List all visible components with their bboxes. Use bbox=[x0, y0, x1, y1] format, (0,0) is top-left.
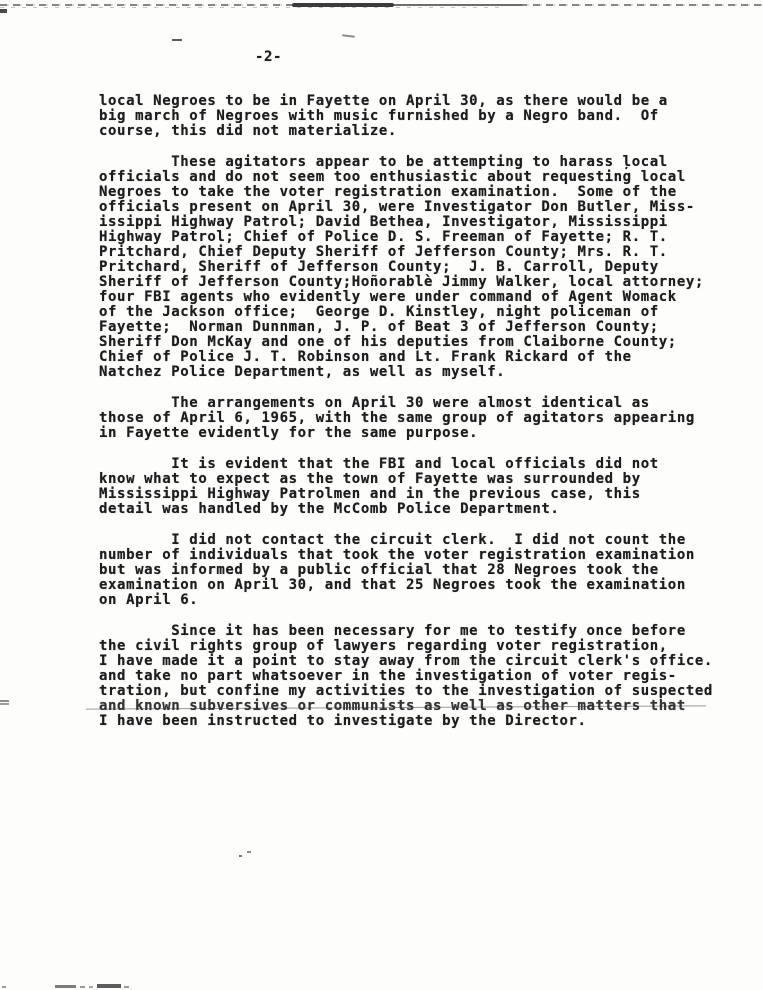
text-line: Since it has been necessary for me to te… bbox=[99, 624, 747, 639]
text-line: officials present on April 30, were Inve… bbox=[99, 200, 747, 215]
text-line: tration, but confine my activities to th… bbox=[99, 684, 747, 699]
text-line: four FBI agents who evidently were under… bbox=[99, 290, 747, 305]
paragraph: The arrangements on April 30 were almost… bbox=[99, 396, 747, 441]
scan-artifact-bottom-dash bbox=[89, 986, 93, 988]
text-line: I have been instructed to investigate by… bbox=[99, 714, 747, 729]
scanned-document-page: -2- local Negroes to be in Fayette on Ap… bbox=[0, 0, 763, 990]
scan-artifact-bottom-dash bbox=[55, 985, 76, 988]
scan-artifact-bottom-dash bbox=[97, 984, 121, 988]
scan-artifact-dash bbox=[172, 39, 182, 41]
scan-artifact-bottom-dash bbox=[80, 986, 85, 988]
text-line: big march of Negroes with music furnishe… bbox=[99, 109, 747, 124]
page-number: -2- bbox=[255, 50, 282, 65]
text-line: officials and do not seem too enthusiast… bbox=[99, 170, 747, 185]
scan-artifact-speck bbox=[239, 855, 242, 857]
text-line: in Fayette evidently for the same purpos… bbox=[99, 426, 747, 441]
text-line: of the Jackson office; George D. Kinstle… bbox=[99, 305, 747, 320]
scan-artifact-squiggle bbox=[342, 34, 355, 37]
text-line: detail was handled by the McComb Police … bbox=[99, 502, 747, 517]
text-line: Sheriff of Jefferson County;Hoñorablè Ji… bbox=[99, 275, 747, 290]
text-line: Highway Patrol; Chief of Police D. S. Fr… bbox=[99, 230, 747, 245]
text-line: and take no part whatsoever in the inves… bbox=[99, 669, 747, 684]
text-line: These agitators appear to be attempting … bbox=[99, 155, 747, 170]
scan-artifact-gray-segment bbox=[394, 4, 522, 6]
text-line: the civil rights group of lawyers regard… bbox=[99, 639, 747, 654]
text-line: local Negroes to be in Fayette on April … bbox=[99, 94, 747, 109]
text-line: know what to expect as the town of Fayet… bbox=[99, 472, 747, 487]
text-line: but was informed by a public official th… bbox=[99, 563, 747, 578]
scan-artifact-top-edge-dots bbox=[0, 7, 500, 8]
paragraph: local Negroes to be in Fayette on April … bbox=[99, 94, 747, 139]
text-line: Fayette; Norman Dunnman, J. P. of Beat 3… bbox=[99, 320, 747, 335]
scan-artifact-top-edge bbox=[0, 4, 763, 6]
scan-artifact-bottom-dash bbox=[124, 986, 129, 988]
text-line: those of April 6, 1965, with the same gr… bbox=[99, 411, 747, 426]
paragraph: It is evident that the FBI and local off… bbox=[99, 457, 747, 517]
paragraph: These agitators appear to be attempting … bbox=[99, 155, 747, 380]
scan-artifact-bottom-dash bbox=[2, 986, 6, 988]
text-line: course, this did not materialize. bbox=[99, 124, 747, 139]
text-line: The arrangements on April 30 were almost… bbox=[99, 396, 747, 411]
text-line: Mississippi Highway Patrolmen and in the… bbox=[99, 487, 747, 502]
paragraph: Since it has been necessary for me to te… bbox=[99, 624, 747, 729]
scan-artifact-margin-mark bbox=[0, 700, 9, 702]
paragraph: I did not contact the circuit clerk. I d… bbox=[99, 533, 747, 608]
text-line: examination on April 30, and that 25 Neg… bbox=[99, 578, 747, 593]
text-line: I have made it a point to stay away from… bbox=[99, 654, 747, 669]
text-line: on April 6. bbox=[99, 593, 747, 608]
text-line: Natchez Police Department, as well as my… bbox=[99, 365, 747, 380]
scan-artifact-dark-segment bbox=[292, 3, 394, 7]
text-line: number of individuals that took the vote… bbox=[99, 548, 747, 563]
scan-artifact-corner-tick bbox=[0, 9, 7, 13]
text-line: It is evident that the FBI and local off… bbox=[99, 457, 747, 472]
text-line: Pritchard, Sheriff of Jefferson County; … bbox=[99, 260, 747, 275]
text-line: Pritchard, Chief Deputy Sheriff of Jeffe… bbox=[99, 245, 747, 260]
text-line: Sheriff Don McKay and one of his deputie… bbox=[99, 335, 747, 350]
document-body: local Negroes to be in Fayette on April … bbox=[99, 94, 747, 729]
text-line: I did not contact the circuit clerk. I d… bbox=[99, 533, 747, 548]
scan-artifact-speck bbox=[247, 851, 251, 853]
text-line: Chief of Police J. T. Robinson and Lt. F… bbox=[99, 350, 747, 365]
text-line: Negroes to take the voter registration e… bbox=[99, 185, 747, 200]
text-line: and known subversives or communists as w… bbox=[99, 699, 747, 714]
text-line: issippi Highway Patrol; David Bethea, In… bbox=[99, 215, 747, 230]
